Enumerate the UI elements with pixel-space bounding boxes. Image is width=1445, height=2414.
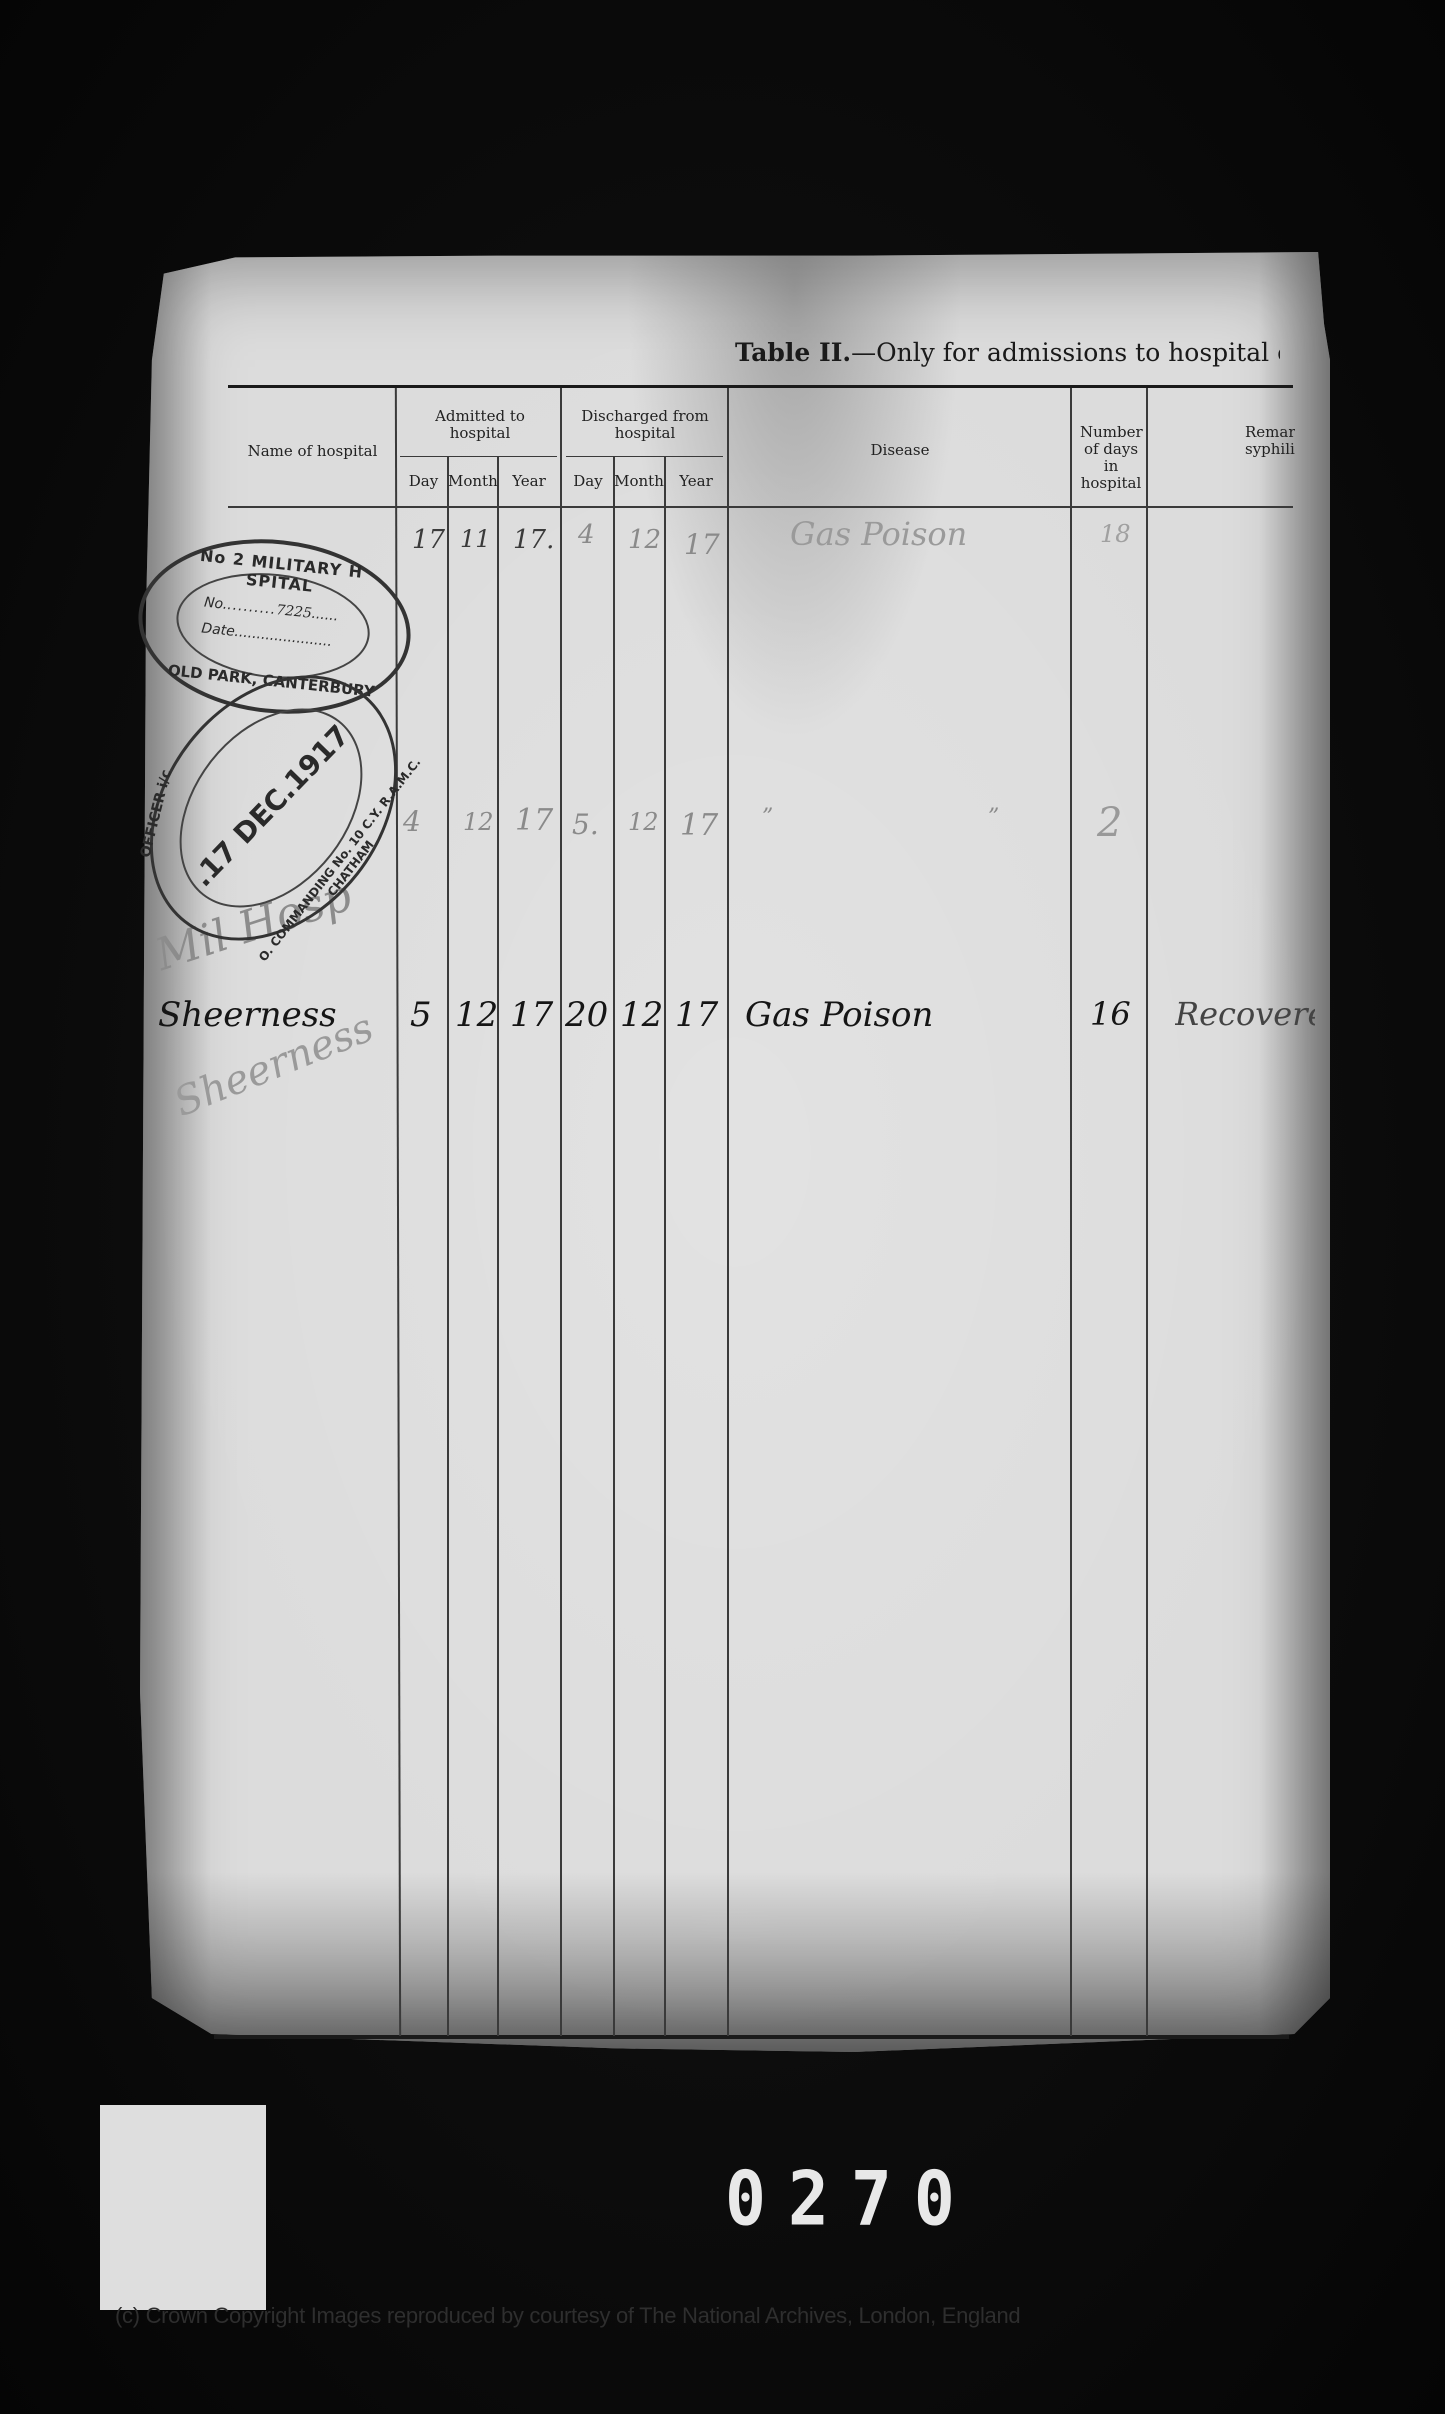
- row2-admitted-month: 12: [463, 808, 494, 836]
- frame-counter: 0270: [725, 2156, 977, 2243]
- row3-admitted-year: 17: [510, 995, 553, 1035]
- hospital-stamp-no-label: No.: [203, 595, 228, 613]
- row2-discharged-year: 17: [680, 808, 718, 843]
- header-discharged-day: Day: [563, 473, 613, 490]
- row3-discharged-month: 12: [620, 995, 663, 1035]
- row2-discharged-month: 12: [628, 808, 659, 836]
- hospital-stamp-date-label: Date: [201, 620, 236, 639]
- header-discharged-year: Year: [666, 473, 726, 490]
- row1-admitted-year: 17.: [513, 525, 554, 555]
- col-line-adm-month: [497, 456, 499, 2036]
- header-admitted-day: Day: [400, 473, 447, 490]
- header-discharged: Discharged from hospital: [580, 408, 710, 442]
- admitted-sub-rule: [400, 456, 557, 457]
- row3-disease: Gas Poison: [745, 995, 933, 1035]
- row1-discharged-year: 17: [684, 528, 720, 561]
- row3-remarks: Recovered: [1175, 995, 1315, 1033]
- row2-days: 2: [1097, 800, 1122, 846]
- header-admitted-month: Month: [448, 473, 497, 490]
- row1-disease: Gas Poison: [790, 515, 967, 553]
- col-line-dis-day: [613, 456, 615, 2036]
- row2-discharged-day: 5.: [572, 808, 599, 841]
- row3-admitted-day: 5: [410, 995, 432, 1035]
- row2-disease-ditto-2: ”: [988, 805, 999, 830]
- header-bottom-rule: [228, 506, 1293, 508]
- row2-admitted-day: 4: [403, 805, 421, 838]
- col-line-dis-year: [727, 388, 729, 2036]
- col-line-adm-day: [447, 456, 449, 2036]
- header-name-of-hospital: Name of hospital: [230, 443, 395, 460]
- row1-admitted-day: 17: [412, 525, 445, 555]
- table-title-bold: Table II.: [735, 338, 851, 367]
- col-line-dis-month: [664, 456, 666, 2036]
- row1-discharged-day: 4: [578, 520, 595, 550]
- row1-discharged-month: 12: [628, 525, 661, 555]
- document-page: [140, 252, 1330, 2052]
- copyright-notice: (c) Crown Copyright Images reproduced by…: [115, 2303, 1020, 2329]
- discharged-sub-rule: [566, 456, 723, 457]
- row1-admitted-month: 11: [460, 525, 491, 553]
- row3-discharged-year: 17: [675, 995, 718, 1035]
- row3-discharged-day: 20: [565, 995, 608, 1035]
- target-card: [100, 2105, 266, 2310]
- col-line-adm-year: [560, 388, 562, 2036]
- row1-days: 18: [1100, 520, 1131, 548]
- row2-disease-ditto-1: ”: [762, 805, 773, 830]
- table-top-rule: [228, 385, 1293, 388]
- header-disease: Disease: [730, 442, 1070, 459]
- col-line-disease: [1070, 388, 1072, 2036]
- header-number-of-days: Number of days in hospital: [1080, 424, 1142, 492]
- row2-admitted-year: 17: [515, 803, 553, 838]
- row3-days: 16: [1090, 995, 1131, 1033]
- header-admitted-year: Year: [499, 473, 559, 490]
- col-line-days: [1146, 388, 1148, 2036]
- table-bottom-rule: [214, 2035, 1289, 2039]
- header-remarks: Remar syphilis,: [1245, 424, 1295, 458]
- table-title: Table II.—Only for admissions to hospita…: [735, 338, 1280, 367]
- table-title-text: —Only for admissions to hospital or t: [851, 338, 1280, 367]
- header-admitted: Admitted to hospital: [430, 408, 530, 442]
- header-discharged-month: Month: [614, 473, 664, 490]
- row3-admitted-month: 12: [455, 995, 498, 1035]
